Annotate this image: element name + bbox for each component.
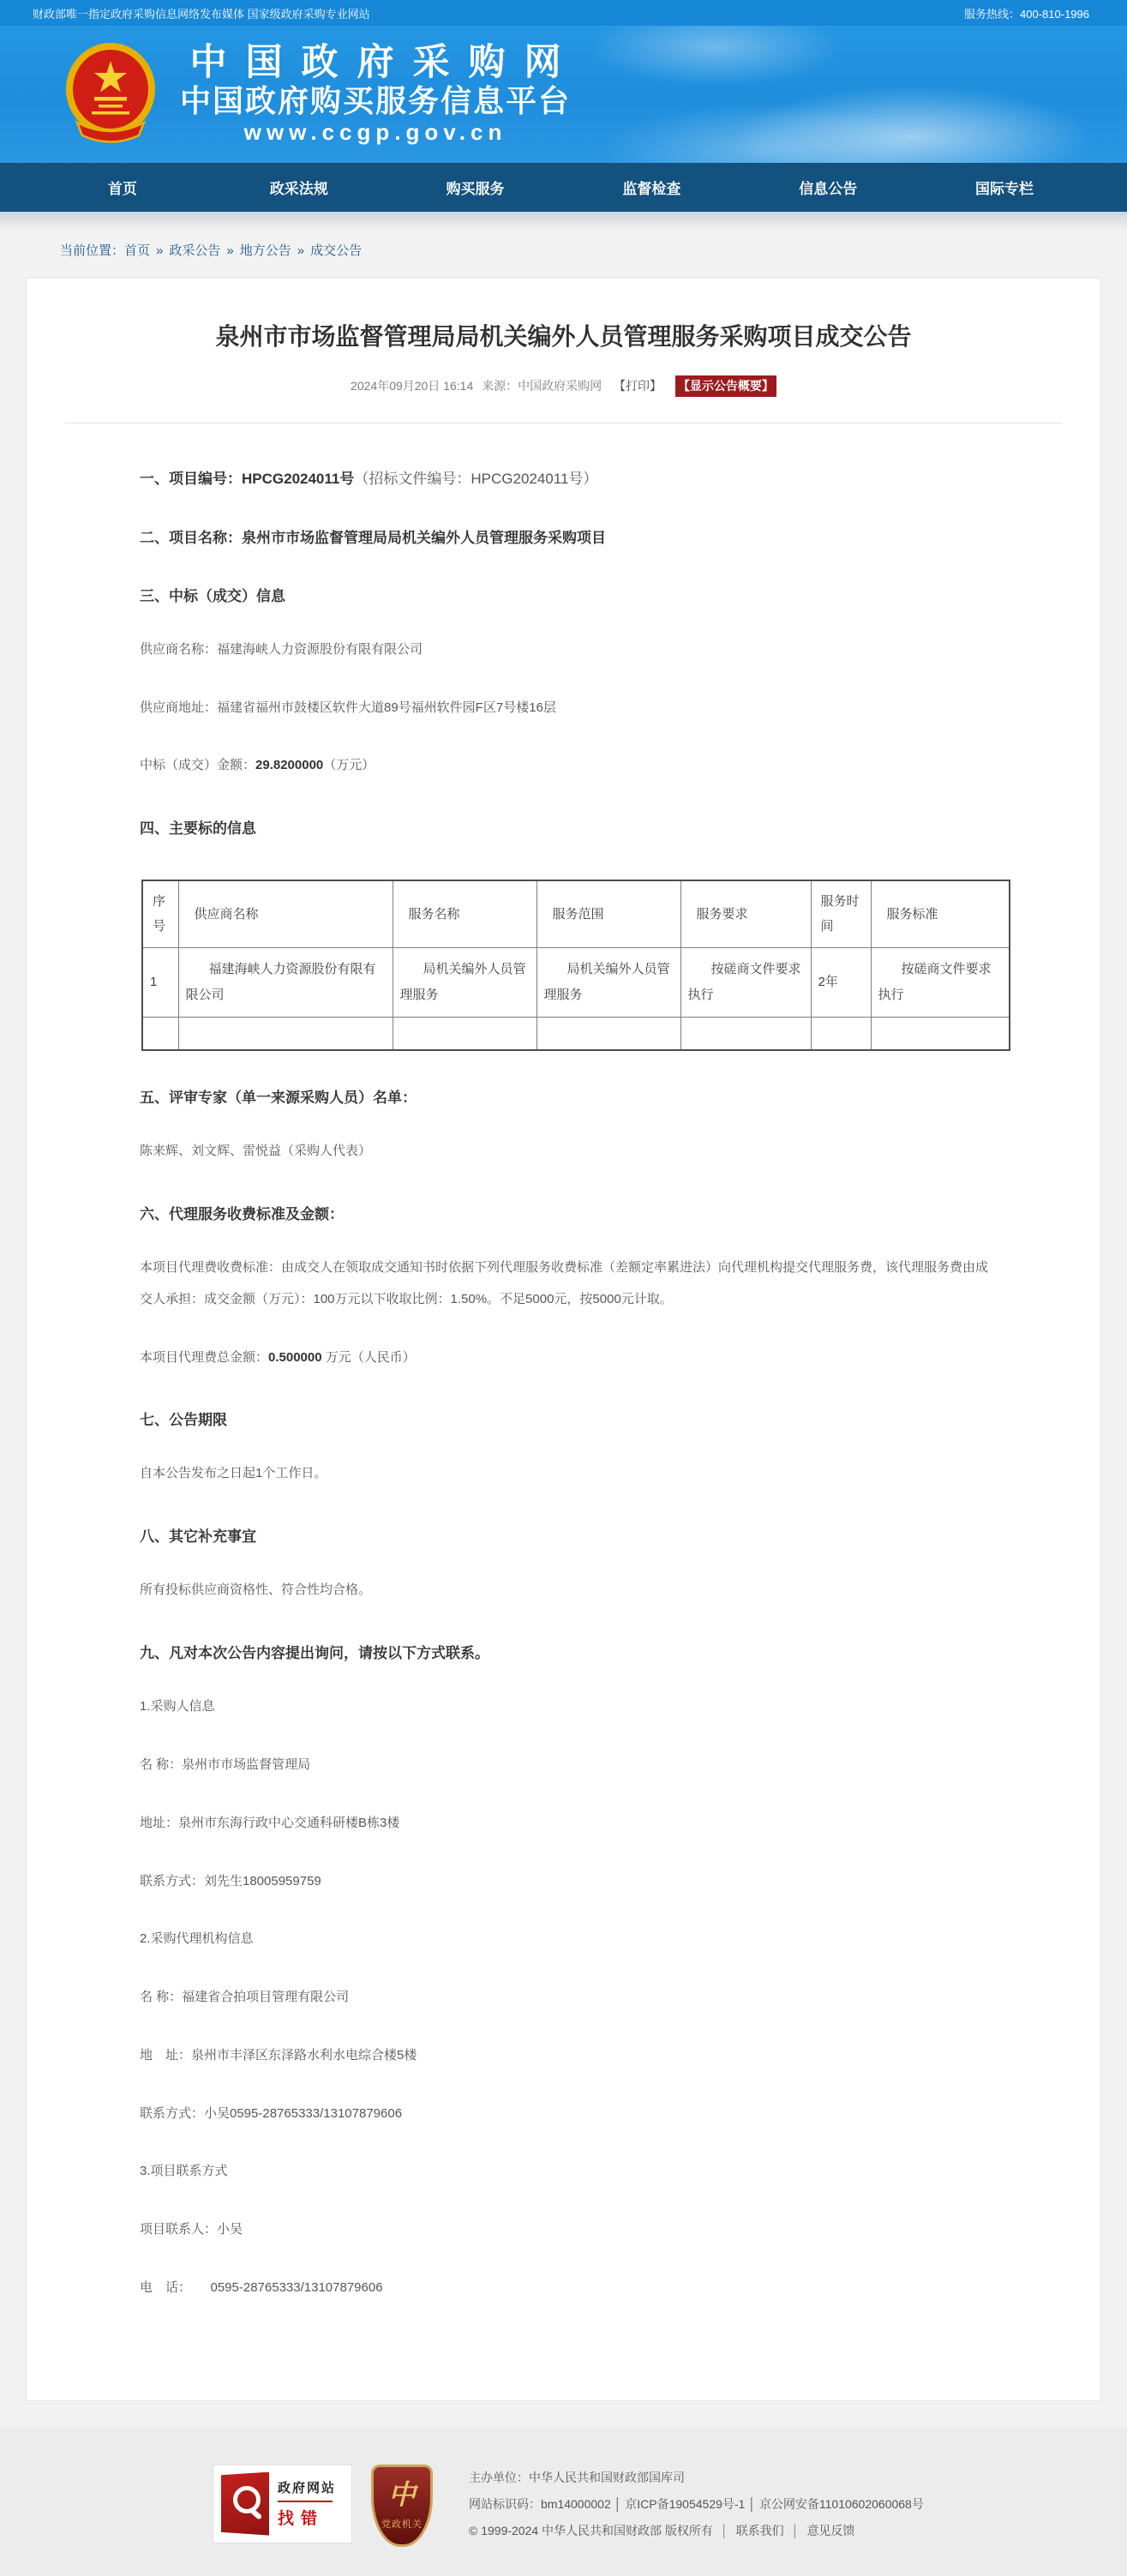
project-contact-title: 3.项目联系方式 xyxy=(140,2156,991,2188)
award-amount-label: 中标（成交）金额： xyxy=(140,758,255,772)
site-title: 中国政府采购网 xyxy=(190,43,580,83)
section-heading-other-matters: 八、其它补充事宜 xyxy=(140,1525,991,1548)
badge-line-find-error: 找错 xyxy=(278,2506,336,2529)
section-heading-experts: 五、评审专家（单一来源采购人员）名单： xyxy=(140,1086,991,1109)
other-matters-line: 所有投标供应商资格性、符合性均合格。 xyxy=(140,1575,991,1606)
agency-address-line: 地 址：泉州市丰泽区东泽路水利水电综合楼5楼 xyxy=(140,2040,991,2072)
section-heading-contact: 九、凡对本次公告内容提出询问，请按以下方式联系。 xyxy=(140,1642,991,1665)
cell-index: 1 xyxy=(142,948,178,1018)
col-header-service-scope: 服务范围 xyxy=(537,880,680,948)
gov-site-error-report-badge[interactable]: 政府网站 找错 xyxy=(213,2465,352,2543)
col-header-service-requirement: 服务要求 xyxy=(680,880,811,948)
cell-service-standard: 按磋商文件要求执行 xyxy=(871,948,1010,1018)
cell-empty xyxy=(871,1018,1010,1050)
purchaser-contact-line: 联系方式：刘先生18005959759 xyxy=(140,1866,991,1898)
col-header-index: 序号 xyxy=(142,880,178,948)
col-header-supplier: 供应商名称 xyxy=(178,880,393,948)
breadcrumb-prefix: 当前位置： xyxy=(60,243,124,258)
badge-line-gov-site: 政府网站 xyxy=(278,2478,336,2496)
site-logo-link[interactable]: 中国政府采购网 中国政府购买服务信息平台 www.ccgp.gov.cn xyxy=(60,40,571,148)
section-heading-notice-period: 七、公告期限 xyxy=(140,1408,991,1432)
national-emblem-icon xyxy=(60,40,161,148)
purchaser-name-line: 名 称：泉州市市场监督管理局 xyxy=(140,1750,991,1781)
page-title: 泉州市市场监督管理局局机关编外人员管理服务采购项目成交公告 xyxy=(95,321,1032,352)
nav-item-international[interactable]: 国际专栏 xyxy=(916,177,1093,198)
purchaser-address-line: 地址：泉州市东海行政中心交通科研楼B栋3楼 xyxy=(140,1808,991,1840)
cell-service-scope: 局机关编外人员管理服务 xyxy=(537,948,680,1018)
cell-service-requirement: 按磋商文件要求执行 xyxy=(680,948,811,1018)
footer-host-line: 主办单位：中华人民共和国财政部国库司 xyxy=(469,2465,924,2491)
topbar-slogan: 财政部唯一指定政府采购信息网络发布媒体 国家级政府采购专业网站 xyxy=(33,5,370,21)
footer-copyright-line: © 1999-2024 中华人民共和国财政部 版权所有│联系我们│意见反馈 xyxy=(469,2518,924,2544)
agency-fee-total-line: 本项目代理费总金额：0.500000 万元（人民币） xyxy=(140,1342,991,1374)
section-heading-main-items: 四、主要标的信息 xyxy=(140,817,991,840)
cloud-decoration xyxy=(587,26,844,86)
contact-us-link[interactable]: 联系我们 xyxy=(736,2524,784,2537)
supplier-name-line: 供应商名称：福建海峡人力资源股份有限有限公司 xyxy=(140,634,991,666)
topbar-hotline: 服务热线：400-810-1996 xyxy=(964,5,1089,21)
breadcrumb-separator: » xyxy=(297,243,304,258)
cell-empty xyxy=(537,1018,680,1050)
project-contact-name-line: 项目联系人：小吴 xyxy=(140,2214,991,2246)
section-heading-agency-fee: 六、代理服务收费标准及金额： xyxy=(140,1203,991,1226)
cell-service-name: 局机关编外人员管理服务 xyxy=(393,948,537,1018)
col-header-service-duration: 服务时间 xyxy=(811,880,871,948)
breadcrumb-link-procurement-notices[interactable]: 政采公告 xyxy=(169,243,220,258)
feedback-link[interactable]: 意见反馈 xyxy=(806,2524,854,2537)
content-card: 泉州市市场监督管理局局机关编外人员管理服务采购项目成交公告 2024年09月20… xyxy=(26,278,1101,2401)
footer-separator: │ xyxy=(792,2524,800,2537)
breadcrumb: 当前位置：首页»政采公告»地方公告»成交公告 xyxy=(0,231,1127,267)
tender-doc-number: （招标文件编号：HPCG2024011号） xyxy=(354,471,597,487)
experts-list-line: 陈来辉、刘文辉、雷悦益（采购人代表） xyxy=(140,1136,991,1168)
article-header: 泉州市市场监督管理局局机关编外人员管理服务采购项目成交公告 2024年09月20… xyxy=(27,279,1100,397)
cell-empty xyxy=(680,1018,811,1050)
nav-item-supervision[interactable]: 监督检查 xyxy=(563,177,740,198)
nav-item-regulations[interactable]: 政采法规 xyxy=(211,177,387,198)
breadcrumb-separator: » xyxy=(156,243,163,258)
cloud-decoration xyxy=(600,103,926,163)
cell-empty xyxy=(393,1018,537,1050)
table-row-empty xyxy=(142,1018,1010,1050)
section-heading-project-name: 二、项目名称：泉州市市场监督管理局局机关编外人员管理服务采购项目 xyxy=(140,526,991,549)
section-heading-award-info: 三、中标（成交）信息 xyxy=(140,585,991,608)
agency-fee-total-unit: 万元（人民币） xyxy=(322,1350,416,1365)
cell-empty xyxy=(178,1018,393,1050)
show-summary-button[interactable]: 【显示公告概要】 xyxy=(675,375,776,397)
award-amount-unit: （万元） xyxy=(323,758,375,772)
magnifier-icon xyxy=(221,2472,269,2536)
agency-info-title: 2.采购代理机构信息 xyxy=(140,1924,991,1955)
breadcrumb-link-local-notices[interactable]: 地方公告 xyxy=(240,243,291,258)
agency-fee-total-value: 0.500000 xyxy=(268,1350,322,1365)
site-logo-text: 中国政府采购网 中国政府购买服务信息平台 www.ccgp.gov.cn xyxy=(180,43,571,147)
meta-source: 来源：中国政府采购网 xyxy=(482,379,602,393)
project-contact-phone-line: 电 话： 0595-28765333/13107879606 xyxy=(140,2273,991,2304)
article-body: 一、项目编号：HPCG2024011号（招标文件编号：HPCG2024011号）… xyxy=(27,423,1100,2303)
shield-emblem-icon: 中 xyxy=(388,2481,416,2508)
nav-item-home[interactable]: 首页 xyxy=(34,177,211,198)
topbar: 财政部唯一指定政府采购信息网络发布媒体 国家级政府采购专业网站 服务热线：400… xyxy=(0,0,1127,26)
agency-fee-total-label: 本项目代理费总金额： xyxy=(140,1350,268,1365)
section-heading-project-number: 一、项目编号：HPCG2024011号（招标文件编号：HPCG2024011号） xyxy=(140,467,991,490)
award-amount-value: 29.8200000 xyxy=(255,758,323,772)
nav-shadow-strip xyxy=(0,212,1127,231)
notice-period-line: 自本公告发布之日起1个工作日。 xyxy=(140,1458,991,1490)
site-banner: 中国政府采购网 中国政府购买服务信息平台 www.ccgp.gov.cn xyxy=(0,26,1127,163)
gov-site-error-badge-text: 政府网站 找错 xyxy=(278,2478,336,2529)
breadcrumb-separator: » xyxy=(226,243,233,258)
purchaser-info-title: 1.采购人信息 xyxy=(140,1691,991,1723)
footer-text-block: 主办单位：中华人民共和国财政部国库司 网站标识码：bm14000002 │ 京I… xyxy=(469,2465,924,2544)
site-url: www.ccgp.gov.cn xyxy=(244,119,507,146)
main-items-table: 序号 供应商名称 服务名称 服务范围 服务要求 服务时间 服务标准 1 福建海峡… xyxy=(141,880,1010,1051)
main-nav: 首页 政采法规 购买服务 监督检查 信息公告 国际专栏 xyxy=(0,163,1127,212)
footer-copyright: © 1999-2024 中华人民共和国财政部 版权所有 xyxy=(469,2524,713,2537)
agency-fee-standard-line: 本项目代理费收费标准：由成交人在领取成交通知书时依据下列代理服务收费标准（差额定… xyxy=(140,1252,991,1316)
supplier-address-line: 供应商地址：福建省福州市鼓楼区软件大道89号福州软件园F区7号楼16层 xyxy=(140,693,991,724)
col-header-service-name: 服务名称 xyxy=(393,880,537,948)
nav-item-announcements[interactable]: 信息公告 xyxy=(740,177,916,198)
cell-supplier: 福建海峡人力资源股份有限有限公司 xyxy=(178,948,393,1018)
print-button[interactable]: 【打印】 xyxy=(614,379,662,393)
table-header-row: 序号 供应商名称 服务名称 服务范围 服务要求 服务时间 服务标准 xyxy=(142,880,1010,948)
nav-item-purchase-services[interactable]: 购买服务 xyxy=(387,177,564,198)
site-subtitle: 中国政府购买服务信息平台 xyxy=(180,83,571,118)
agency-contact-line: 联系方式：小吴0595-28765333/13107879606 xyxy=(140,2099,991,2130)
breadcrumb-current[interactable]: 成交公告 xyxy=(310,243,362,258)
cell-service-duration: 2年 xyxy=(811,948,871,1018)
project-number-bold: 一、项目编号：HPCG2024011号 xyxy=(140,471,354,487)
agency-name-line: 名 称：福建省合拍项目管理有限公司 xyxy=(140,1982,991,2014)
cell-empty xyxy=(811,1018,871,1050)
footer-codes-line: 网站标识码：bm14000002 │ 京ICP备19054529号-1 │ 京公… xyxy=(469,2491,924,2518)
party-gov-org-shield-badge[interactable]: 中 党政机关 xyxy=(371,2465,433,2547)
award-amount-line: 中标（成交）金额：29.8200000（万元） xyxy=(140,750,991,782)
page-footer: 政府网站 找错 中 党政机关 主办单位：中华人民共和国财政部国库司 网站标识码：… xyxy=(0,2427,1127,2576)
table-row: 1 福建海峡人力资源股份有限有限公司 局机关编外人员管理服务 局机关编外人员管理… xyxy=(142,948,1010,1018)
col-header-service-standard: 服务标准 xyxy=(871,880,1010,948)
footer-separator: │ xyxy=(721,2524,728,2537)
meta-datetime: 2024年09月20日 16:14 xyxy=(351,379,473,393)
cloud-decoration xyxy=(733,86,1093,163)
breadcrumb-link-home[interactable]: 首页 xyxy=(124,243,150,258)
cell-empty xyxy=(142,1018,178,1050)
shield-label: 党政机关 xyxy=(381,2517,423,2531)
article-meta: 2024年09月20日 16:14 来源：中国政府采购网 【打印】 【显示公告概… xyxy=(27,375,1100,397)
badge-red-rule xyxy=(278,2501,333,2502)
